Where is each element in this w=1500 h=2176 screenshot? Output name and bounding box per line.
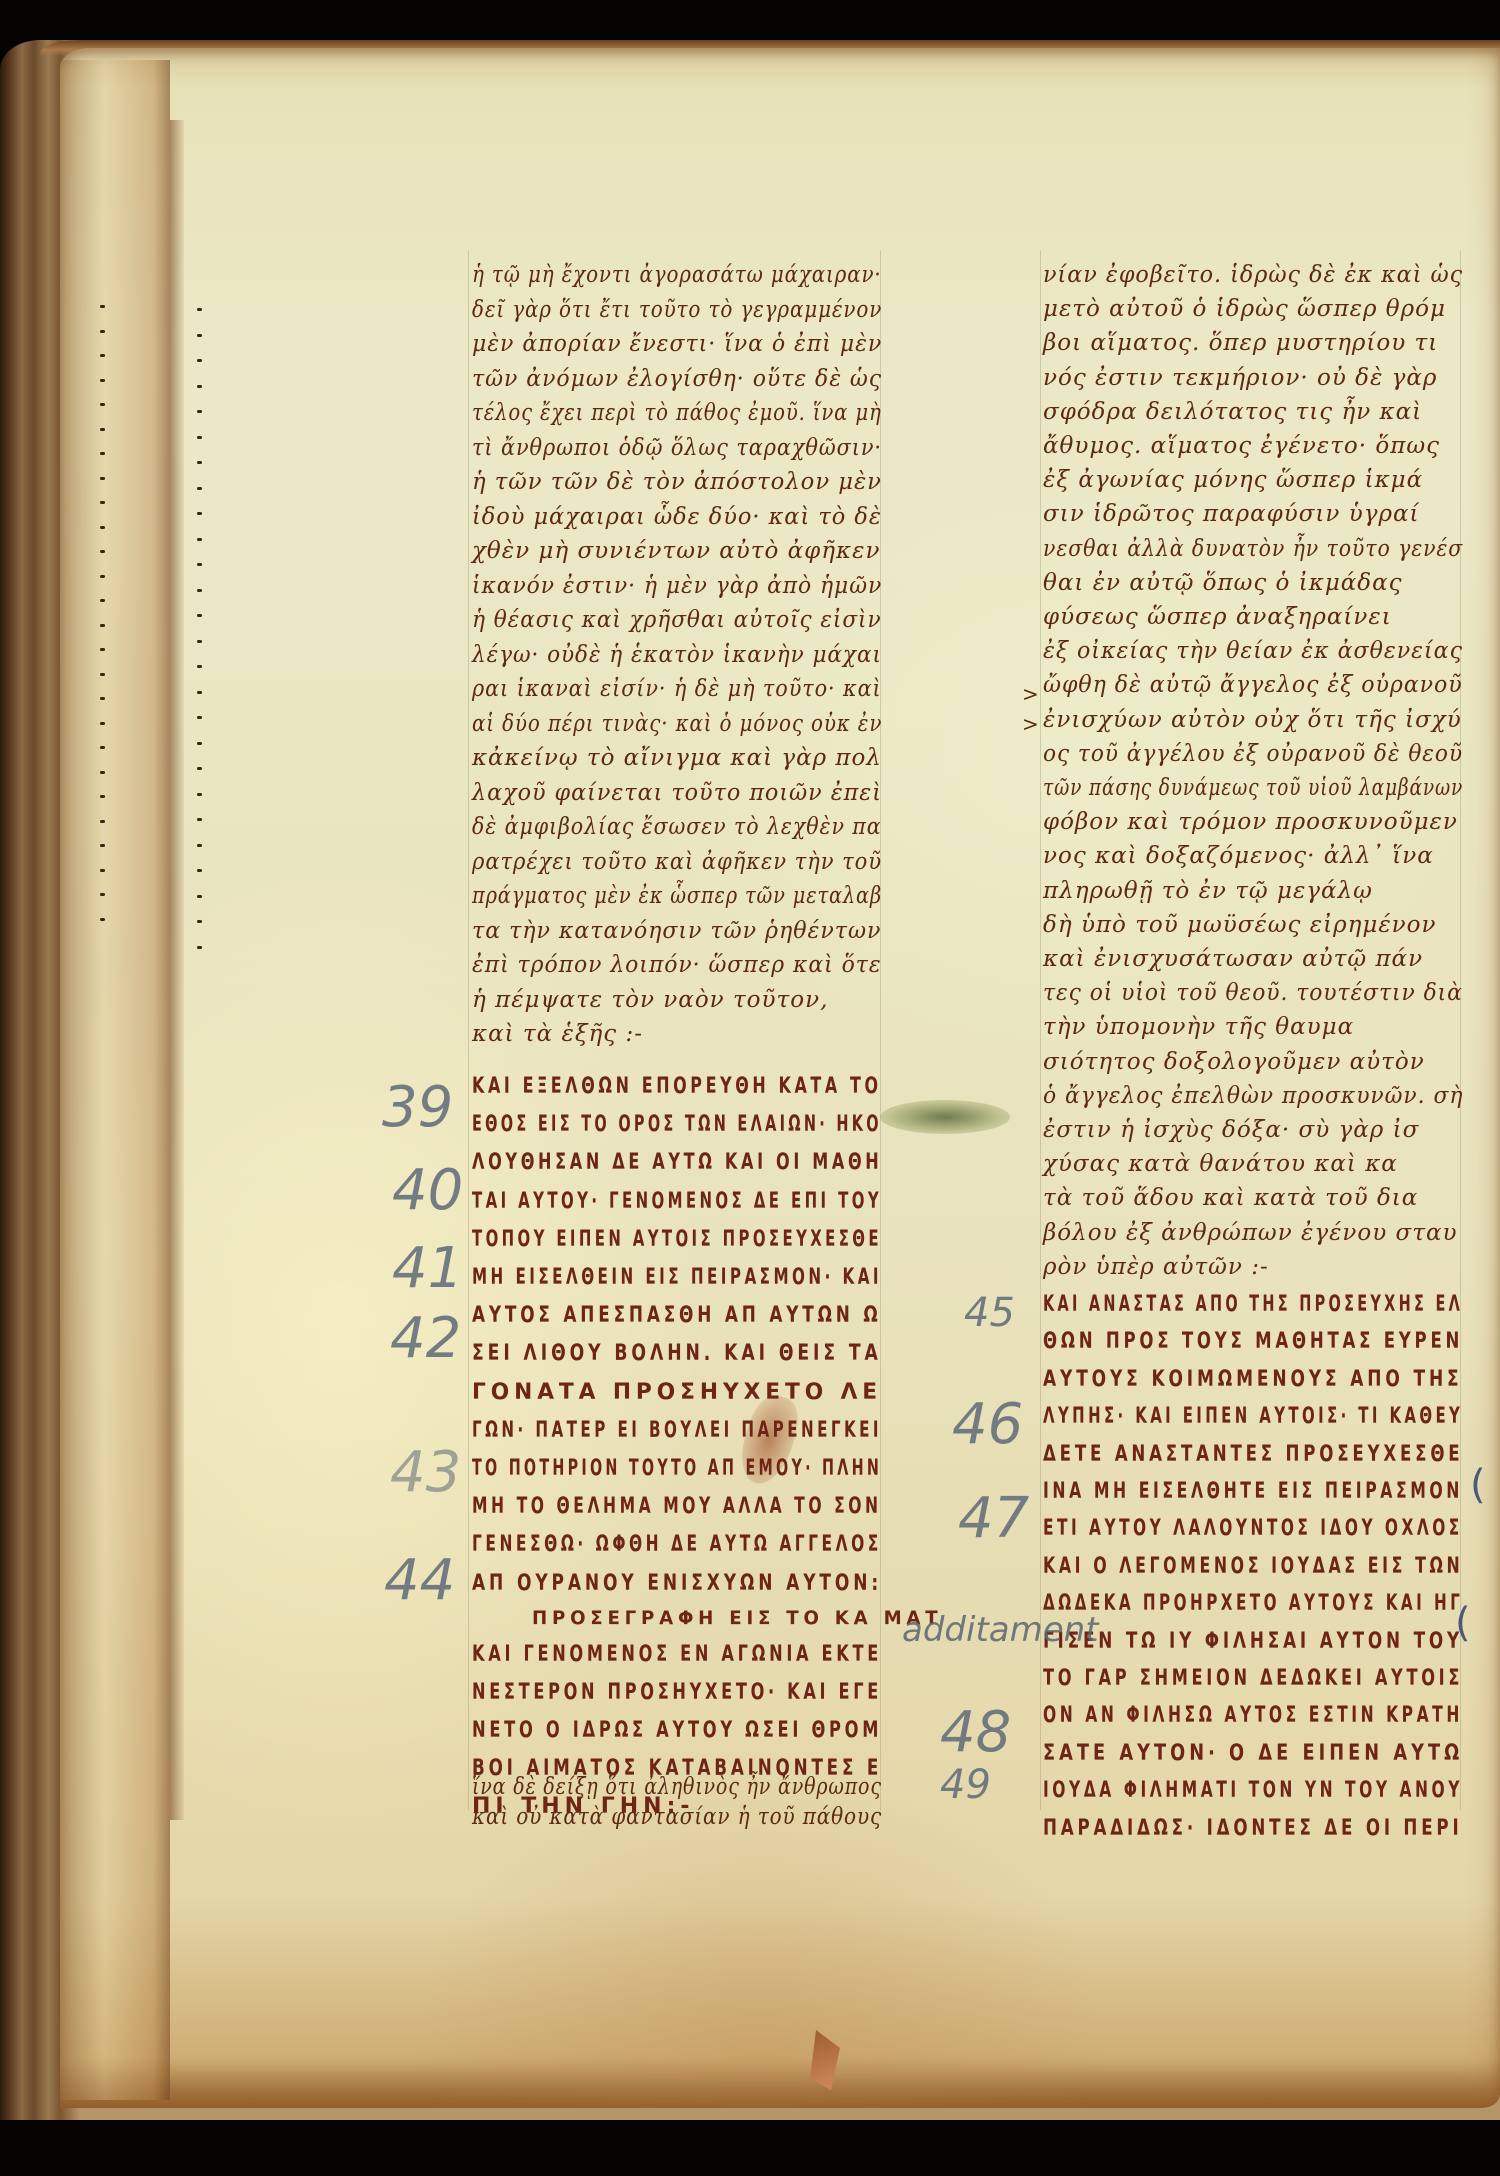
pricking-hole: [197, 359, 202, 362]
scripture-line: ΤΟ ΠΟΤΗΡΙΟΝ ΤΟΥΤΟ ΑΠ ΕΜΟΥ· ΠΛΗΝ: [472, 1456, 882, 1481]
commentary-line: τῶν πάσης δυνάμεως τοῦ υἱοῦ λαμβάνων: [1043, 775, 1463, 801]
pricking-hole: [100, 673, 105, 676]
scripture-line: ΜΗ ΕΙΣΕΛΘΕΙΝ ΕΙΣ ΠΕΙΡΑΣΜΟΝ· ΚΑΙ: [472, 1265, 882, 1290]
commentary-line: νεσθαι ἀλλὰ δυνατὸν ἦν τοῦτο γενέσ: [1043, 536, 1463, 562]
pricking-hole: [100, 477, 105, 480]
scripture-line: ΙΝΑ ΜΗ ΕΙΣΕΛΘΗΤΕ ΕΙΣ ΠΕΙΡΑΣΜΟΝ: [1043, 1479, 1463, 1504]
pricking-hole: [197, 334, 202, 337]
scripture-line: ΚΑΙ ΑΝΑΣΤΑΣ ΑΠΟ ΤΗΣ ΠΡΟΣΕΥΧΗΣ ΕΛ: [1043, 1292, 1463, 1317]
commentary-line: φύσεως ὥσπερ ἀναξηραίνει: [1043, 604, 1392, 630]
pricking-hole: [100, 501, 105, 504]
scripture-heading: ΠΡΟΣΕΓΡΑΦΗ ΕΙΣ ΤΟ ΚΑ ΜΑΤ: [532, 1607, 942, 1629]
side-mark: >: [1022, 712, 1039, 736]
commentary-line: ἡ τῶν τῶν δὲ τὸν ἀπόστολον μὲν: [472, 469, 882, 495]
pricking-hole: [100, 771, 105, 774]
commentary-line: δὴ ὑπὸ τοῦ μωϋσέως εἰρημένον: [1043, 912, 1437, 938]
commentary-line: μετὸ αὐτοῦ ὁ ἱδρὼς ὥσπερ θρόμ: [1043, 296, 1446, 322]
pricking-hole: [197, 665, 202, 668]
commentary-line: ραι ἱκαναὶ εἰσίν· ἡ δὲ μὴ τοῦτο· καὶ: [472, 676, 882, 702]
pricking-hole: [100, 697, 105, 700]
pricking-hole: [197, 793, 202, 796]
commentary-line: ἐπὶ τρόπον λοιπόν· ὥσπερ καὶ ὅτε: [472, 952, 882, 978]
pricking-hole: [100, 918, 105, 921]
commentary-line: νίαν ἐφοβεῖτο. ἱδρὼς δὲ ἐκ καὶ ὡς: [1043, 262, 1463, 288]
verse-number-49: 49: [940, 1762, 991, 1808]
pricking-hole: [100, 844, 105, 847]
scripture-line: ΓΕΝΕΣΘΩ· ΩΦΘΗ ΔΕ ΑΥΤΩ ΑΓΓΕΛΟΣ: [472, 1532, 882, 1557]
pricking-hole: [100, 722, 105, 725]
pricking-hole: [197, 487, 202, 490]
commentary-line: σφόδρα δειλότατος τις ἦν καὶ: [1043, 399, 1422, 425]
verse-number-44: 44: [384, 1548, 455, 1613]
ruling-line: [468, 250, 469, 1810]
scripture-line: ΛΟΥΘΗΣΑΝ ΔΕ ΑΥΤΩ ΚΑΙ ΟΙ ΜΑΘΗ: [472, 1150, 882, 1175]
pricking-hole: [100, 428, 105, 431]
verse-number-48: 48: [940, 1700, 1011, 1765]
commentary-line: ρὸν ὑπὲρ αὐτῶν :-: [1043, 1254, 1269, 1280]
pricking-hole: [100, 820, 105, 823]
pricking-hole: [197, 563, 202, 566]
scripture-line: ΕΘΟΣ ΕΙΣ ΤΟ ΟΡΟΣ ΤΩΝ ΕΛΑΙΩΝ· ΗΚΟ: [472, 1112, 882, 1137]
commentary-line: νός ἐστιν τεκμήριον· οὐ δὲ γὰρ: [1043, 365, 1437, 391]
pricking-hole: [100, 746, 105, 749]
scripture-line: ΤΟΠΟΥ ΕΙΠΕΝ ΑΥΤΟΙΣ ΠΡΟΣΕΥΧΕΣΘΕ: [472, 1227, 882, 1252]
scripture-line: ΚΑΙ Ο ΛΕΓΟΜΕΝΟΣ ΙΟΥΔΑΣ ΕΙΣ ΤΩΝ: [1043, 1554, 1463, 1579]
commentary-line: σιότητος δοξολογοῦμεν αὐτὸν: [1043, 1049, 1425, 1075]
scripture-line: ΣΑΤΕ ΑΥΤΟΝ· Ο ΔΕ ΕΙΠΕΝ ΑΥΤΩ: [1043, 1741, 1463, 1766]
commentary-line: βοι αἵματος. ὅπερ μυστηρίου τι: [1043, 330, 1438, 356]
side-mark: >: [1022, 682, 1039, 706]
scripture-line: ΑΥΤΟΥΣ ΚΟΙΜΩΜΕΝΟΥΣ ΑΠΟ ΤΗΣ: [1043, 1367, 1463, 1392]
verse-number-41: 41: [392, 1236, 463, 1301]
verse-number-43: 43: [390, 1440, 461, 1505]
pricking-hole: [197, 512, 202, 515]
scripture-line: ΔΩΔΕΚΑ ΠΡΟΗΡΧΕΤΟ ΑΥΤΟΥΣ ΚΑΙ ΗΓ: [1043, 1591, 1463, 1616]
scripture-line: ΔΕΤΕ ΑΝΑΣΤΑΝΤΕΣ ΠΡΟΣΕΥΧΕΣΘΕ: [1043, 1442, 1463, 1467]
commentary-line: τα τὴν κατανόησιν τῶν ῥηθέντων: [472, 918, 881, 944]
scripture-line: ΤΟ ΓΑΡ ΣΗΜΕΙΟΝ ΔΕΔΩΚΕΙ ΑΥΤΟΙΣ: [1043, 1666, 1463, 1691]
commentary-line: ἄθυμος. αἵματος ἐγένετο· ὅπως: [1043, 433, 1440, 459]
commentary-line: χύσας κατὰ θανάτου καὶ κα: [1043, 1151, 1398, 1177]
scripture-line: ΝΕΤΟ Ο ΙΔΡΩΣ ΑΥΤΟΥ ΩΣΕΙ ΘΡΟΜ: [472, 1718, 882, 1743]
commentary-line: ἐξ οἰκείας τὴν θείαν ἐκ ἀσθενείας: [1043, 638, 1463, 664]
pricking-hole: [100, 305, 105, 308]
pricking-hole: [197, 589, 202, 592]
commentary-line: ὤφθη δὲ αὐτῷ ἄγγελος ἐξ οὐρανοῦ: [1043, 672, 1463, 698]
scripture-line: ΤΑΙ ΑΥΤΟΥ· ΓΕΝΟΜΕΝΟΣ ΔΕ ΕΠΙ ΤΟΥ: [472, 1189, 882, 1214]
commentary-line: ἰδοὺ μάχαιραι ὧδε δύο· καὶ τὸ δὲ: [472, 504, 882, 530]
pricking-hole: [197, 410, 202, 413]
commentary-line: ἵνα δὲ δείξῃ ὅτι ἀληθινὸς ἦν ἄνθρωπος: [472, 1774, 882, 1800]
gutter-crease: [170, 120, 184, 1820]
gutter-fold: [60, 60, 170, 2100]
green-stain: [880, 1100, 1010, 1134]
commentary-line: ὁ ἄγγελος ἐπελθὼν προσκυνῶν. σὴ: [1043, 1083, 1463, 1109]
commentary-line: κἀκείνῳ τὸ αἴνιγμα καὶ γὰρ πολ: [472, 745, 882, 771]
commentary-line: ἡ θέασις καὶ χρῆσθαι αὐτοῖς εἰσὶν: [472, 607, 882, 633]
commentary-line: ἐξ ἀγωνίας μόνης ὥσπερ ἱκμά: [1043, 467, 1423, 493]
pricking-hole: [100, 354, 105, 357]
commentary-line: ος τοῦ ἀγγέλου ἐξ οὐρανοῦ δὲ θεοῦ: [1043, 741, 1463, 767]
pricking-hole: [197, 767, 202, 770]
pricking-hole: [100, 869, 105, 872]
scripture-line: ΓΩΝ· ΠΑΤΕΡ ΕΙ ΒΟΥΛΕΙ ΠΑΡΕΝΕΓΚΕΙ: [472, 1418, 882, 1443]
scripture-line: ΑΠ ΟΥΡΑΝΟΥ ΕΝΙΣΧΥΩΝ ΑΥΤΟΝ:: [472, 1571, 882, 1596]
commentary-line: πληρωθῇ τὸ ἐν τῷ μεγάλῳ: [1043, 878, 1373, 904]
verse-number-47: 47: [958, 1486, 1029, 1551]
pricking-hole: [100, 575, 105, 578]
pricking-hole: [197, 691, 202, 694]
pricking-hole: [100, 403, 105, 406]
commentary-line: μὲν ἀπορίαν ἔνεστι· ἵνα ὁ ἐπὶ μὲν: [472, 331, 882, 357]
commentary-line: ἡ τῷ μὴ ἔχοντι ἀγορασάτω μάχαιραν·: [472, 262, 882, 288]
pricking-hole: [197, 742, 202, 745]
pricking-hole: [197, 308, 202, 311]
commentary-line: τὴν ὑπομονὴν τῆς θαυμα: [1043, 1014, 1354, 1040]
commentary-line: ρατρέχει τοῦτο καὶ ἀφῆκεν τὴν τοῦ: [472, 849, 882, 875]
pricking-hole: [100, 550, 105, 553]
commentary-line: λέγω· οὐδὲ ἡ ἑκατὸν ἱκανὴν μάχαι: [472, 642, 882, 668]
scripture-line: ΙΟΥΔΑ ΦΙΛΗΜΑΤΙ ΤΟΝ ΥΝ ΤΟΥ ΑΝΟΥ: [1043, 1778, 1463, 1803]
pricking-hole: [100, 795, 105, 798]
commentary-line: καὶ οὐ κατὰ φαντασίαν ἡ τοῦ πάθους: [472, 1804, 882, 1830]
commentary-line: πράγματος μὲν ἐκ ὧσπερ τῶν μεταλαβ: [472, 883, 882, 909]
pricking-hole: [197, 844, 202, 847]
scripture-line: ΓΟΝΑΤΑ ΠΡΟΣΗΥΧΕΤΟ ΛΕ: [472, 1380, 882, 1405]
commentary-line: καὶ ἐνισχυσάτωσαν αὐτῷ πάν: [1043, 946, 1423, 972]
pricking-hole: [197, 869, 202, 872]
scripture-line: ΚΑΙ ΕΞΕΛΘΩΝ ΕΠΟΡΕΥΘΗ ΚΑΤΑ ΤΟ: [472, 1074, 882, 1099]
scripture-line: ΜΗ ΤΟ ΘΕΛΗΜΑ ΜΟΥ ΑΛΛΑ ΤΟ ΣΟΝ: [472, 1494, 882, 1519]
verse-number-39: 39: [382, 1075, 453, 1140]
pricking-hole: [197, 614, 202, 617]
scripture-line: ΝΕΣΤΕΡΟΝ ΠΡΟΣΗΥΧΕΤΟ· ΚΑΙ ΕΓΕ: [472, 1680, 882, 1705]
pricking-hole: [197, 895, 202, 898]
verse-number-46: 46: [952, 1392, 1023, 1457]
commentary-line: τῶν ἀνόμων ἐλογίσθη· οὕτε δὲ ὡς: [472, 366, 882, 392]
commentary-line: θαι ἐν αὐτῷ ὅπως ὁ ἰκμάδας: [1043, 570, 1403, 596]
scripture-line: ΠΑΡΑΔΙΔΩΣ· ΙΔΟΝΤΕΣ ΔΕ ΟΙ ΠΕΡΙ: [1043, 1816, 1462, 1841]
commentary-line: δεῖ γὰρ ὅτι ἔτι τοῦτο τὸ γεγραμμένον: [472, 297, 882, 323]
commentary-line: φόβον καὶ τρόμον προσκυνοῦμεν: [1043, 809, 1458, 835]
pricking-hole: [100, 379, 105, 382]
pencil-bracket-mark: (: [1470, 1462, 1486, 1508]
pricking-hole: [197, 716, 202, 719]
pricking-hole: [197, 640, 202, 643]
scripture-line: ΣΕΙ ΛΙΘΟΥ ΒΟΛΗΝ. ΚΑΙ ΘΕΙΣ ΤΑ: [472, 1341, 882, 1366]
commentary-line: τες οἱ υἱοὶ τοῦ θεοῦ. τουτέστιν διὰ: [1043, 980, 1463, 1006]
pricking-hole: [197, 538, 202, 541]
pricking-hole: [197, 385, 202, 388]
commentary-line: καὶ τὰ ἑξῆς :-: [472, 1021, 643, 1047]
scripture-line: ΘΩΝ ΠΡΟΣ ΤΟΥΣ ΜΑΘΗΤΑΣ ΕΥΡΕΝ: [1043, 1329, 1463, 1354]
pencil-bracket-mark: (: [1455, 1600, 1471, 1646]
pricking-hole: [100, 599, 105, 602]
verse-number-45: 45: [964, 1290, 1015, 1336]
pricking-hole: [197, 920, 202, 923]
commentary-line: τέλος ἔχει περὶ τὸ πάθος ἐμοῦ. ἵνα μὴ: [472, 400, 882, 426]
commentary-line: ἱκανόν ἐστιν· ἡ μὲν γὰρ ἀπὸ ἡμῶν: [472, 573, 882, 599]
commentary-line: χθὲν μὴ συνιέντων αὐτὸ ἀφῆκεν: [472, 538, 880, 564]
pricking-hole: [197, 946, 202, 949]
pricking-hole: [100, 893, 105, 896]
pricking-hole: [100, 648, 105, 651]
commentary-line: βόλου ἐξ ἀνθρώπων ἐγένου σταυ: [1043, 1220, 1457, 1246]
commentary-line: λαχοῦ φαίνεται τοῦτο ποιῶν ἐπεὶ: [472, 780, 882, 806]
pricking-hole: [197, 436, 202, 439]
scripture-line: ΛΥΠΗΣ· ΚΑΙ ΕΙΠΕΝ ΑΥΤΟΙΣ· ΤΙ ΚΑΘΕΥ: [1043, 1404, 1463, 1429]
commentary-line: τὶ ἄνθρωποι ὁδῷ ὅλως ταραχθῶσιν·: [472, 435, 882, 461]
pricking-hole: [197, 818, 202, 821]
commentary-line: δὲ ἀμφιβολίας ἔσωσεν τὸ λεχθὲν πα: [472, 814, 882, 840]
pricking-hole: [100, 526, 105, 529]
commentary-line: ἡ πέμψατε τὸν ναὸν τοῦτον,: [472, 987, 828, 1013]
pricking-hole: [100, 452, 105, 455]
scripture-line: ΟΝ ΑΝ ΦΙΛΗΣΩ ΑΥΤΟΣ ΕΣΤΙΝ ΚΡΑΤΗ: [1043, 1703, 1463, 1728]
marginal-note-additamentum: additament: [902, 1610, 1099, 1650]
commentary-line: νος καὶ δοξαζόμενος· ἀλλ᾽ ἵνα: [1043, 843, 1434, 869]
commentary-line: ἐνισχύων αὐτὸν οὐχ ὅτι τῆς ἰσχύ: [1043, 707, 1462, 733]
pricking-hole: [100, 624, 105, 627]
scripture-line: ΑΥΤΟΣ ΑΠΕΣΠΑΣΘΗ ΑΠ ΑΥΤΩΝ Ω: [472, 1303, 882, 1328]
verse-number-42: 42: [390, 1306, 461, 1371]
commentary-line: τὰ τοῦ ἅδου καὶ κατὰ τοῦ δια: [1043, 1185, 1418, 1211]
commentary-line: αἱ δύο πέρι τινὰς· καὶ ὁ μόνος οὐκ ἐν: [472, 711, 882, 737]
scripture-line: ΚΑΙ ΓΕΝΟΜΕΝΟΣ ΕΝ ΑΓΩΝΙΑ ΕΚΤΕ: [472, 1642, 882, 1667]
pricking-hole: [100, 330, 105, 333]
scripture-line: ΓΙΣΕΝ ΤΩ ΙΥ ΦΙΛΗΣΑΙ ΑΥΤΟΝ ΤΟΥ: [1043, 1629, 1463, 1654]
pricking-hole: [197, 461, 202, 464]
ruling-line: [1040, 250, 1041, 1810]
scripture-line: ΕΤΙ ΑΥΤΟΥ ΛΑΛΟΥΝΤΟΣ ΙΔΟΥ ΟΧΛΟΣ: [1043, 1516, 1463, 1541]
commentary-line: σιν ἱδρῶτος παραφύσιν ὑγραί: [1043, 501, 1420, 527]
verse-number-40: 40: [392, 1158, 463, 1223]
commentary-line: ἐστιν ἡ ἰσχὺς δόξα· σὺ γὰρ ἰσ: [1043, 1117, 1419, 1143]
